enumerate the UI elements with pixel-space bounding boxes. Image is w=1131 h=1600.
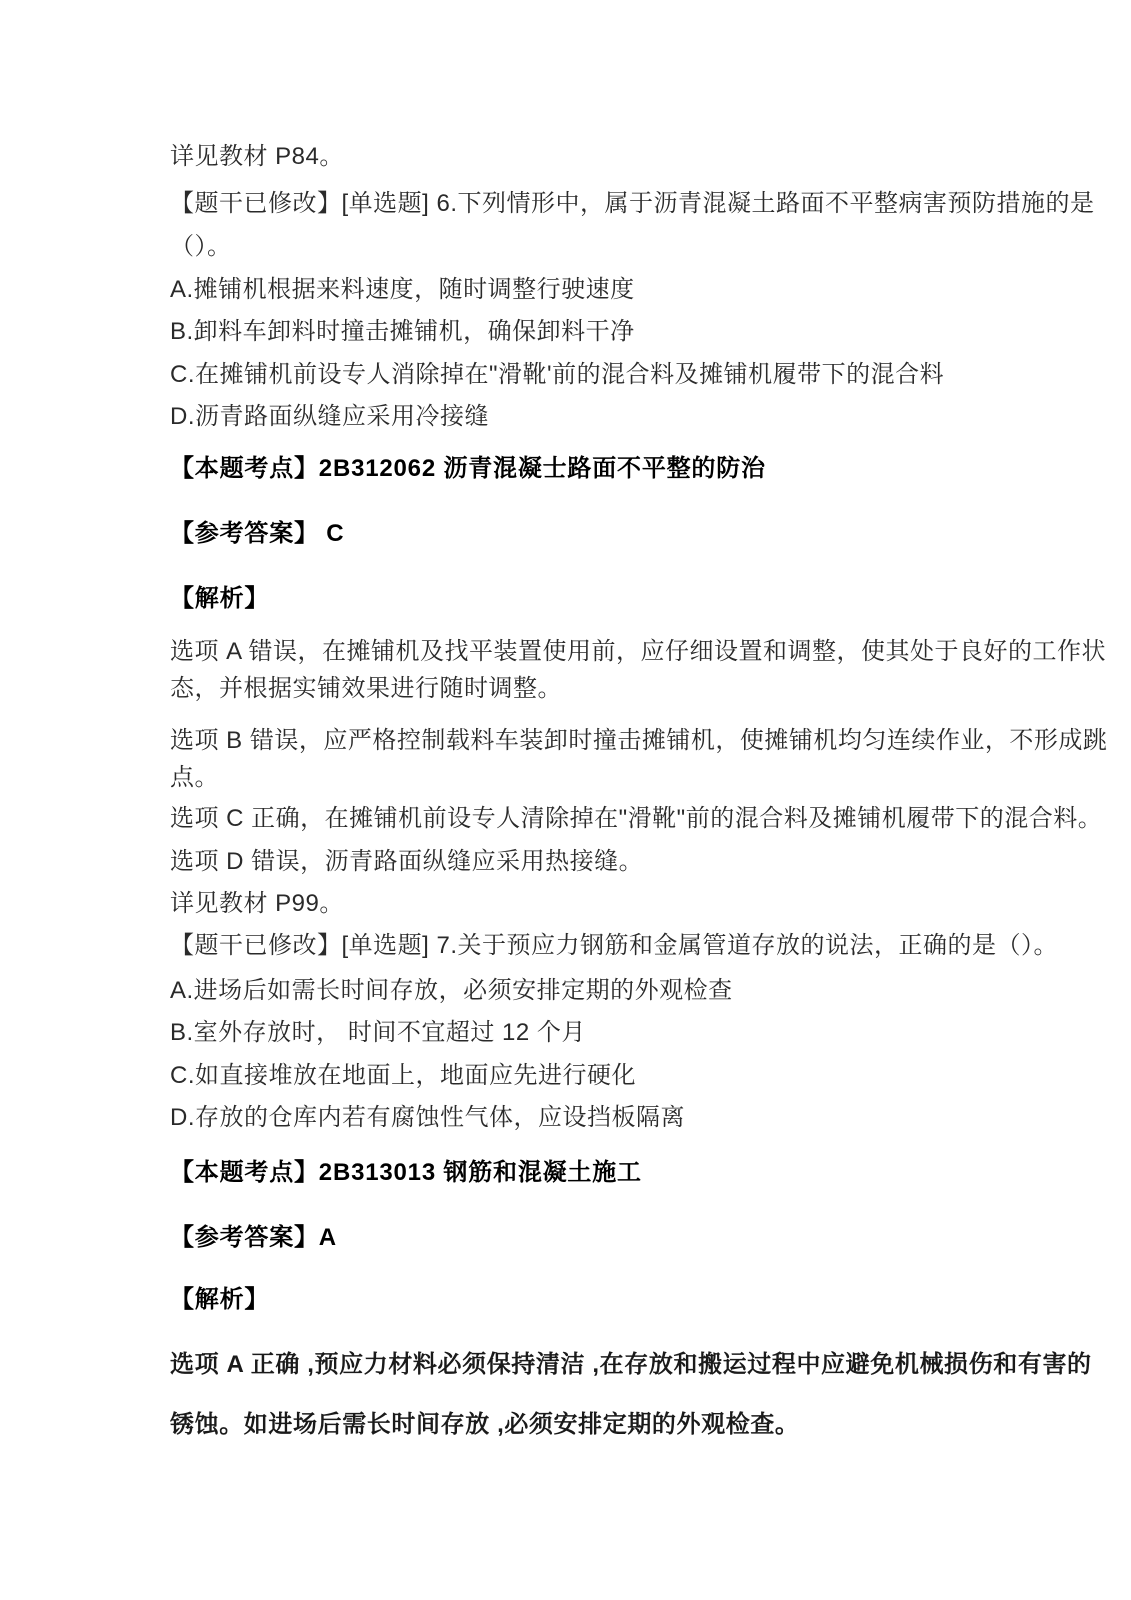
question-7-option-c: C.如直接堆放在地面上，地面应先进行硬化 xyxy=(170,1062,636,1090)
question-6-analysis-option-a-line1: 选项 A 错误，在摊铺机及找平装置使用前，应仔细设置和调整，使其处于良好的工作状 xyxy=(170,638,1106,666)
question-6-analysis-option-a-line2: 态，并根据实铺效果进行随时调整。 xyxy=(170,675,562,703)
question-6-option-c: C.在摊铺机前设专人消除掉在"滑靴'前的混合料及摊铺机履带下的混合料 xyxy=(170,361,944,389)
question-7-stem: 【题干已修改】[单选题] 7.关于预应力钢筋和金属管道存放的说法，正确的是（）。 xyxy=(170,932,1058,960)
question-6-option-a: A.摊铺机根据来料速度，随时调整行驶速度 xyxy=(170,276,635,304)
question-7-analysis-heading: 【解析】 xyxy=(170,1286,269,1314)
question-6-analysis-option-b-line1: 选项 B 错误，应严格控制载料车装卸时撞击摊铺机，使摊铺机均匀连续作业，不形成跳 xyxy=(170,727,1107,755)
question-7-answer: 【参考答案】A xyxy=(170,1224,337,1252)
question-6-stem-continuation: （）。 xyxy=(170,233,232,261)
question-7-option-b: B.室外存放时， 时间不宜超过 12 个月 xyxy=(170,1019,586,1047)
textbook-reference-p84: 详见教材 P84。 xyxy=(170,143,344,171)
question-7-option-a: A.进场后如需长时间存放，必须安排定期的外观检查 xyxy=(170,977,733,1005)
question-6-option-d: D.沥青路面纵缝应采用冷接缝 xyxy=(170,403,489,431)
question-6-analysis-option-b-line2: 点。 xyxy=(170,764,219,792)
question-6-answer: 【参考答案】 C xyxy=(170,520,344,548)
document-page: 详见教材 P84。 【题干已修改】[单选题] 6.下列情形中，属于沥青混凝土路面… xyxy=(0,0,1131,1600)
question-6-option-b: B.卸料车卸料时撞击摊铺机，确保卸料干净 xyxy=(170,318,635,346)
question-7-analysis-option-a-line2: 锈蚀。如进场后需长时间存放 ,必须安排定期的外观检查。 xyxy=(170,1411,800,1439)
question-6-keypoint: 【本题考点】2B312062 沥青混凝士路面不平整的防治 xyxy=(170,455,766,483)
question-6-stem: 【题干已修改】[单选题] 6.下列情形中，属于沥青混凝土路面不平整病害预防措施的… xyxy=(170,190,1095,218)
question-6-analysis-heading: 【解析】 xyxy=(170,585,269,613)
question-7-option-d: D.存放的仓库内若有腐蚀性气体，应设挡板隔离 xyxy=(170,1104,685,1132)
textbook-reference-p99: 详见教材 P99。 xyxy=(170,890,344,918)
question-7-analysis-option-a-line1: 选项 A 正确 ,预应力材料必须保持清洁 ,在存放和搬运过程中应避免机械损伤和有… xyxy=(170,1351,1092,1379)
question-7-keypoint: 【本题考点】2B313013 钢筋和混凝土施工 xyxy=(170,1159,642,1187)
question-6-analysis-option-d: 选项 D 错误，沥青路面纵缝应采用热接缝。 xyxy=(170,848,643,876)
question-6-analysis-option-c: 选项 C 正确，在摊铺机前设专人清除掉在"滑靴"前的混合料及摊铺机履带下的混合料… xyxy=(170,805,1102,833)
